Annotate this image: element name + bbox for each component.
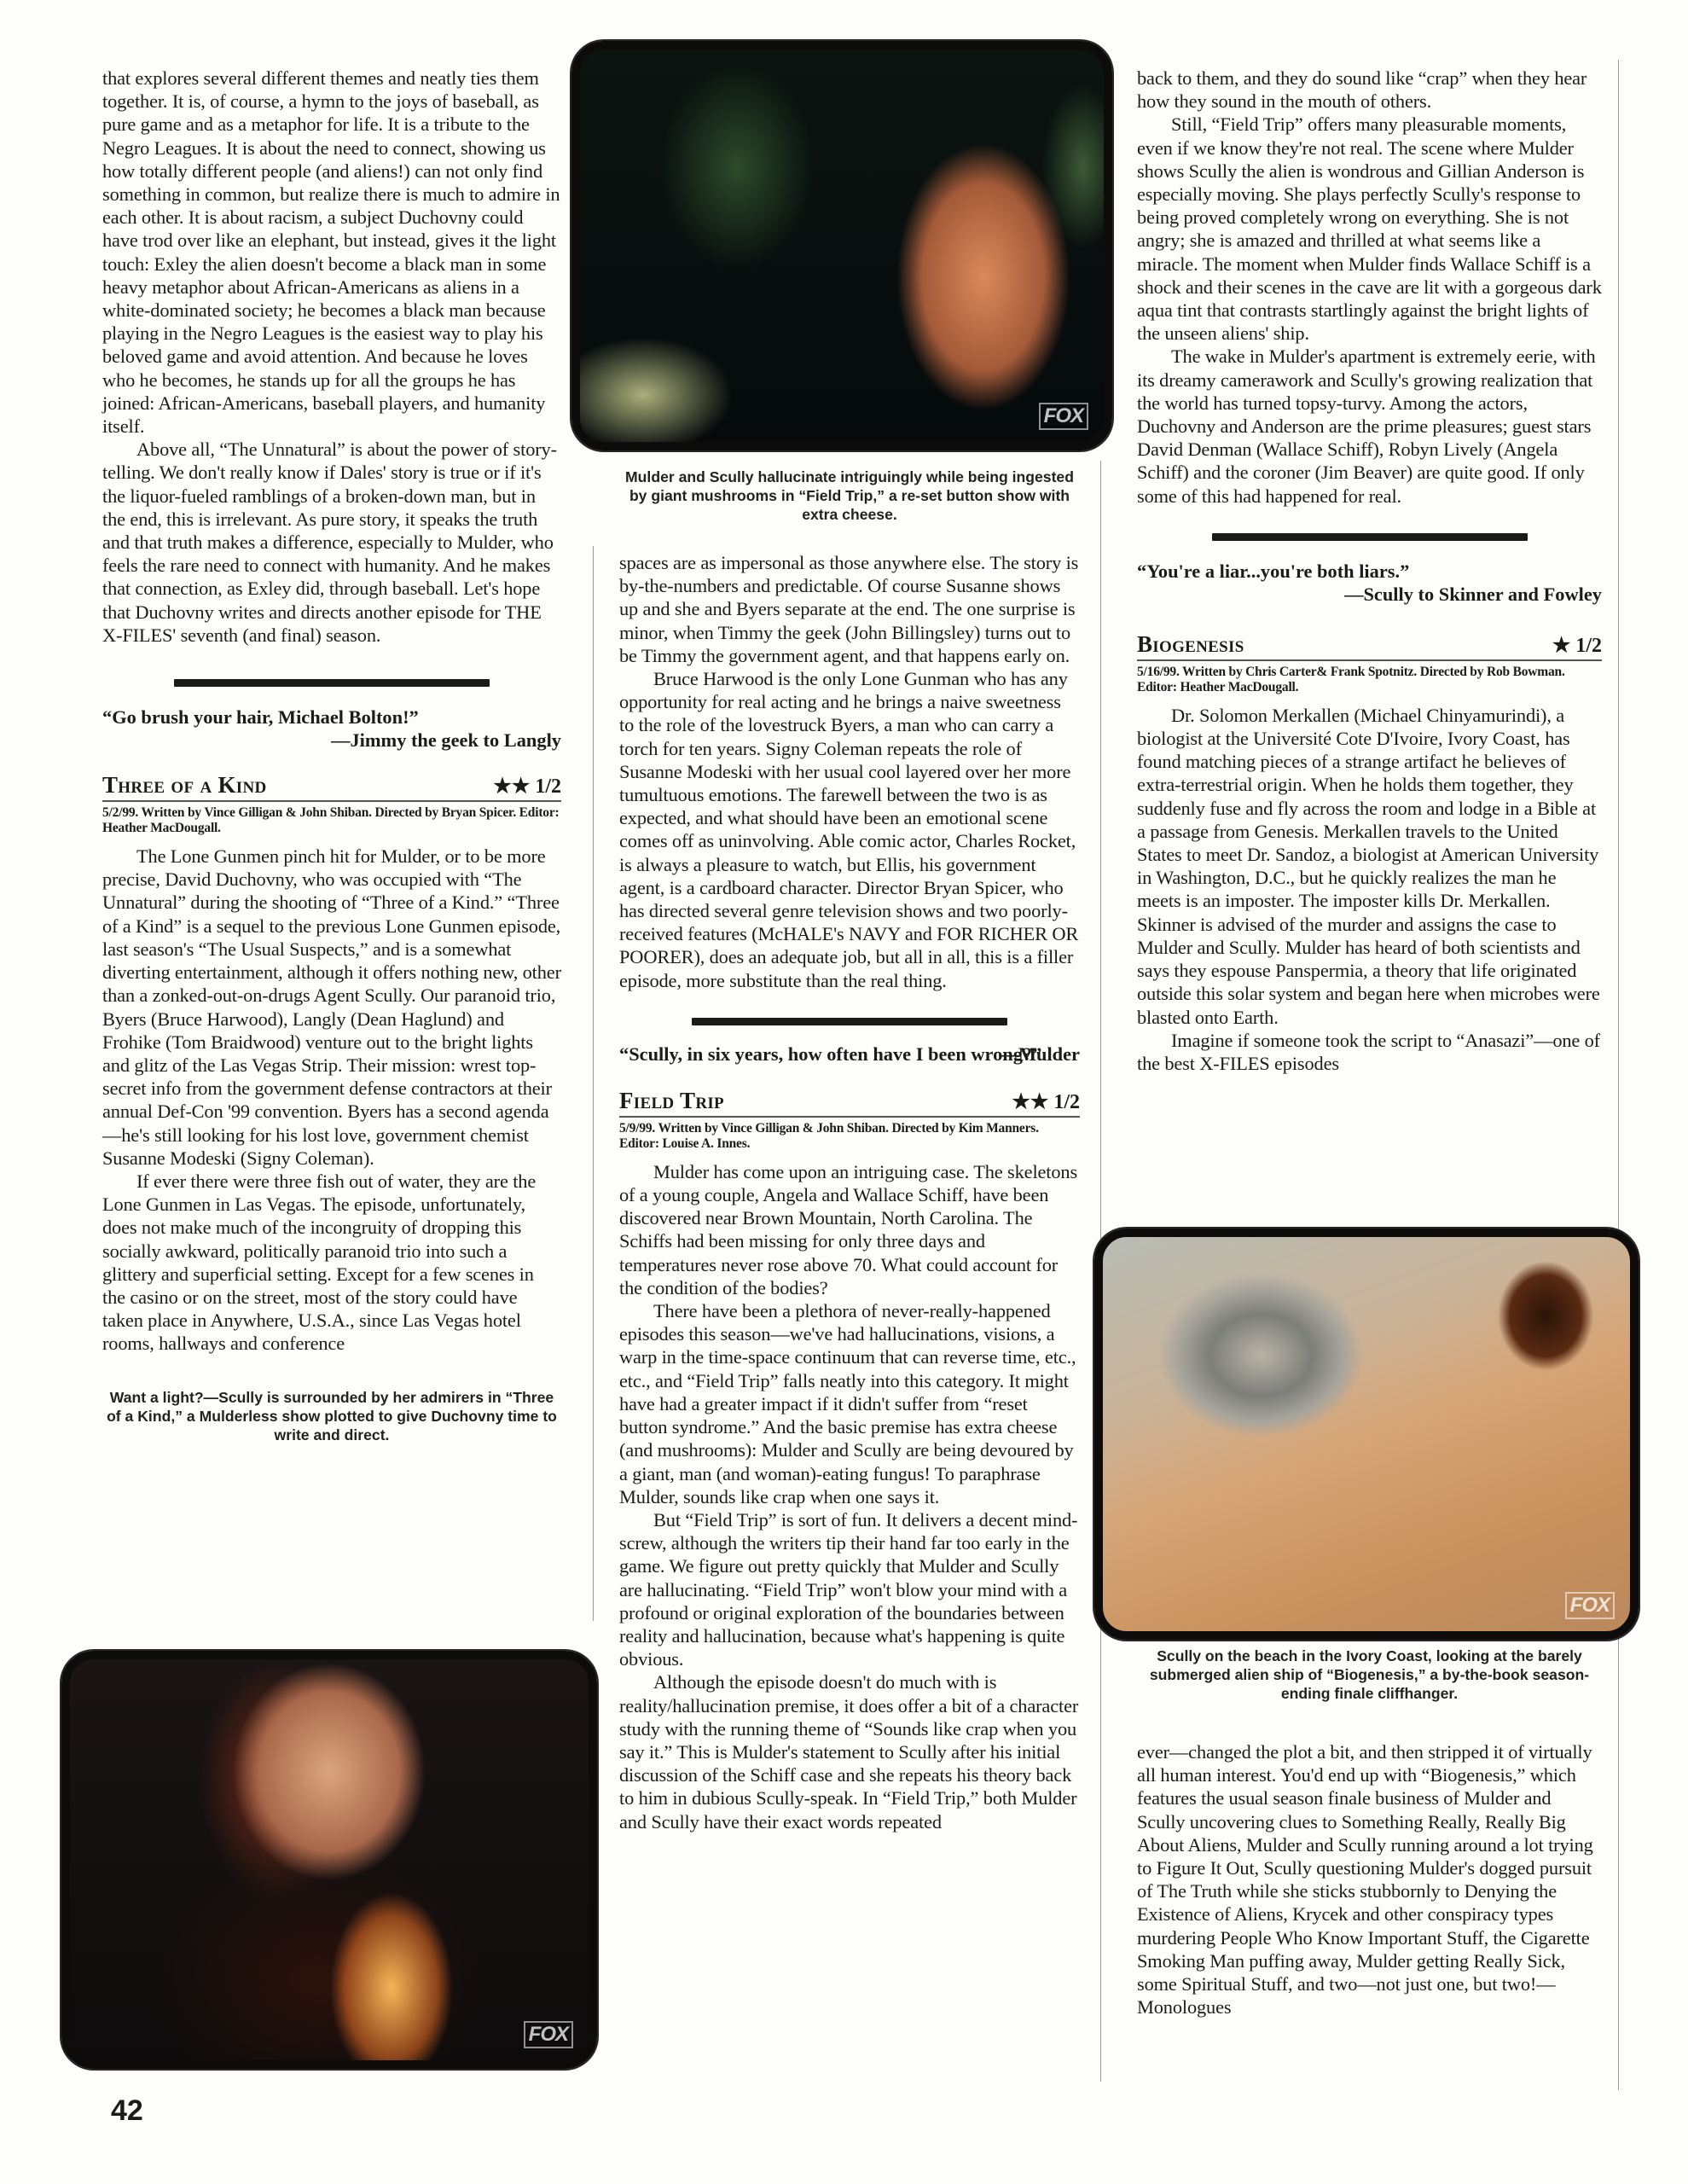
body-paragraph: Bruce Harwood is the only Lone Gunman wh…	[619, 667, 1080, 992]
body-paragraph: back to them, and they do sound like “cr…	[1137, 67, 1602, 113]
photo-caption: Want a light?—Scully is surrounded by he…	[102, 1388, 561, 1444]
episode-credits: 5/9/99. Written by Vince Gilligan & John…	[619, 1121, 1080, 1152]
pull-quote: “Go brush your hair, Michael Bolton!” —J…	[102, 706, 561, 752]
photo-caption: Mulder and Scully hallucinate intriguing…	[619, 468, 1080, 524]
body-paragraph: If ever there were three fish out of wat…	[102, 1170, 561, 1356]
star-rating: ★★ 1/2	[1012, 1089, 1080, 1114]
body-paragraph: Mulder has come upon an intriguing case.…	[619, 1160, 1080, 1299]
column-2: Mulder and Scully hallucinate intriguing…	[619, 468, 1080, 1833]
episode-title: Field Trip	[619, 1088, 724, 1114]
episode-header: Field Trip ★★ 1/2	[619, 1088, 1080, 1118]
photo-alien-ship-beach: FOX	[1094, 1228, 1639, 1640]
body-paragraph: But “Field Trip” is sort of fun. It deli…	[619, 1508, 1080, 1670]
column-1: that explores several different themes a…	[102, 67, 561, 1444]
body-paragraph: spaces are as impersonal as those anywhe…	[619, 551, 1080, 667]
body-paragraph: Dr. Solomon Merkallen (Michael Chinyamur…	[1137, 704, 1602, 1029]
pull-quote: “You're a liar...you're both liars.” —Sc…	[1137, 560, 1602, 606]
page-number: 42	[111, 2094, 143, 2128]
star-rating: ★★ 1/2	[493, 774, 561, 799]
column-3: back to them, and they do sound like “cr…	[1137, 67, 1602, 1075]
body-paragraph: Imagine if someone took the script to “A…	[1137, 1029, 1602, 1075]
photo-caption: Scully on the beach in the Ivory Coast, …	[1137, 1647, 1602, 1703]
episode-title: Biogenesis	[1137, 631, 1244, 658]
body-paragraph: Although the episode doesn't do much wit…	[619, 1670, 1080, 1833]
pull-quote-attribution: —Scully to Skinner and Fowley	[1137, 583, 1602, 606]
pull-quote: “Scully, in six years, how often have I …	[619, 1043, 1080, 1066]
pull-quote-attribution: —Jimmy the geek to Langly	[102, 729, 561, 752]
episode-title: Three of a Kind	[102, 772, 267, 799]
network-logo: FOX	[1039, 403, 1088, 430]
body-paragraph: The wake in Mulder's apartment is extrem…	[1137, 345, 1602, 507]
pull-quote-text: “You're a liar...you're both liars.”	[1137, 560, 1602, 583]
photo-mulder-scully-cave: FOX	[571, 41, 1112, 450]
body-paragraph: ever—changed the plot a bit, and then st…	[1137, 1740, 1602, 2018]
section-divider	[1212, 533, 1528, 541]
column-rule-left	[593, 546, 594, 1621]
network-logo: FOX	[524, 2021, 573, 2048]
episode-header: Biogenesis ★ 1/2	[1137, 631, 1602, 661]
episode-credits: 5/2/99. Written by Vince Gilligan & John…	[102, 805, 561, 836]
column-rule-right	[1618, 60, 1619, 2090]
body-paragraph: The Lone Gunmen pinch hit for Mulder, or…	[102, 845, 561, 1170]
body-paragraph: Still, “Field Trip” offers many pleasura…	[1137, 113, 1602, 345]
section-divider	[692, 1018, 1007, 1025]
network-logo: FOX	[1565, 1592, 1615, 1619]
section-divider	[174, 679, 490, 687]
episode-credits: 5/16/99. Written by Chris Carter& Frank …	[1137, 665, 1602, 695]
pull-quote-text: “Go brush your hair, Michael Bolton!”	[102, 706, 561, 729]
column-3-lower: Scully on the beach in the Ivory Coast, …	[1137, 1647, 1602, 2018]
body-paragraph: There have been a plethora of never-real…	[619, 1299, 1080, 1508]
episode-header: Three of a Kind ★★ 1/2	[102, 772, 561, 802]
star-rating: ★ 1/2	[1552, 633, 1602, 658]
body-paragraph: Above all, “The Unnatural” is about the …	[102, 438, 561, 647]
body-paragraph: that explores several different themes a…	[102, 67, 561, 438]
photo-scully-lighters: FOX	[61, 1651, 597, 2069]
